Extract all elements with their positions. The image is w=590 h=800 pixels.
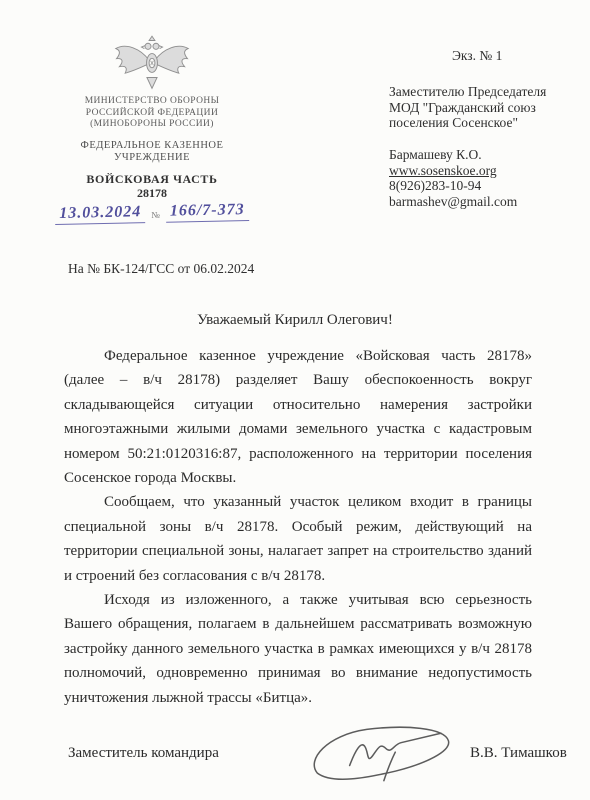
number-sign: №: [151, 209, 160, 222]
incoming-reference-line: На № БК-124/ГСС от 06.02.2024: [68, 261, 254, 277]
body-paragraph: Сообщаем, что указанный участок целиком …: [64, 490, 532, 588]
institution-line: УЧРЕЖДЕНИЕ: [52, 152, 252, 165]
handwritten-signature-icon: [300, 718, 462, 799]
ministry-name-line: МИНИСТЕРСТВО ОБОРОНЫ: [52, 96, 252, 108]
body-paragraph: Исходя из изложенного, а также учитывая …: [64, 588, 532, 710]
ministry-name-line: (МИНОБОРОНЫ РОССИИ): [52, 119, 252, 131]
scanned-letter-page: МИНИСТЕРСТВО ОБОРОНЫ РОССИЙСКОЙ ФЕДЕРАЦИ…: [0, 0, 590, 800]
signer-name: В.В. Тимашков: [470, 745, 567, 762]
recipient-email: barmashev@gmail.com: [389, 194, 574, 210]
recipient-website: www.sosenskoe.org: [389, 163, 574, 179]
recipient-line: МОД "Гражданский союз: [389, 100, 574, 116]
handwritten-date: 13.03.2024: [55, 203, 145, 225]
military-unit-number: 28178: [52, 186, 252, 200]
recipient-contact-block: Бармашеву К.О. www.sosenskoe.org 8(926)2…: [389, 147, 574, 209]
recipient-address-block: Заместителю Председателя МОД "Граждански…: [389, 84, 574, 131]
letterhead-block: МИНИСТЕРСТВО ОБОРОНЫ РОССИЙСКОЙ ФЕДЕРАЦИ…: [52, 34, 252, 223]
recipient-phone: 8(926)283-10-94: [389, 178, 574, 194]
recipient-line: Заместителю Председателя: [389, 84, 574, 100]
recipient-name: Бармашеву К.О.: [389, 147, 574, 163]
copy-number-label: Экз. № 1: [452, 48, 502, 64]
military-unit-name: ВОЙСКОВАЯ ЧАСТЬ: [52, 172, 252, 186]
handwritten-outgoing-number: 166/7-373: [166, 200, 249, 222]
body-paragraph: Федеральное казенное учреждение «Войсков…: [64, 344, 532, 490]
ministry-emblem-eagle-icon: [52, 34, 252, 92]
institution-line: ФЕДЕРАЛЬНОЕ КАЗЕННОЕ: [52, 140, 252, 153]
letter-body: Федеральное казенное учреждение «Войсков…: [64, 344, 532, 710]
signer-position: Заместитель командира: [68, 745, 219, 762]
salutation: Уважаемый Кирилл Олегович!: [0, 312, 590, 329]
ministry-name-line: РОССИЙСКОЙ ФЕДЕРАЦИИ: [52, 108, 252, 120]
recipient-line: поселения Сосенское": [389, 115, 574, 131]
outgoing-date-number-line: 13.03.2024 № 166/7-373: [52, 200, 252, 224]
